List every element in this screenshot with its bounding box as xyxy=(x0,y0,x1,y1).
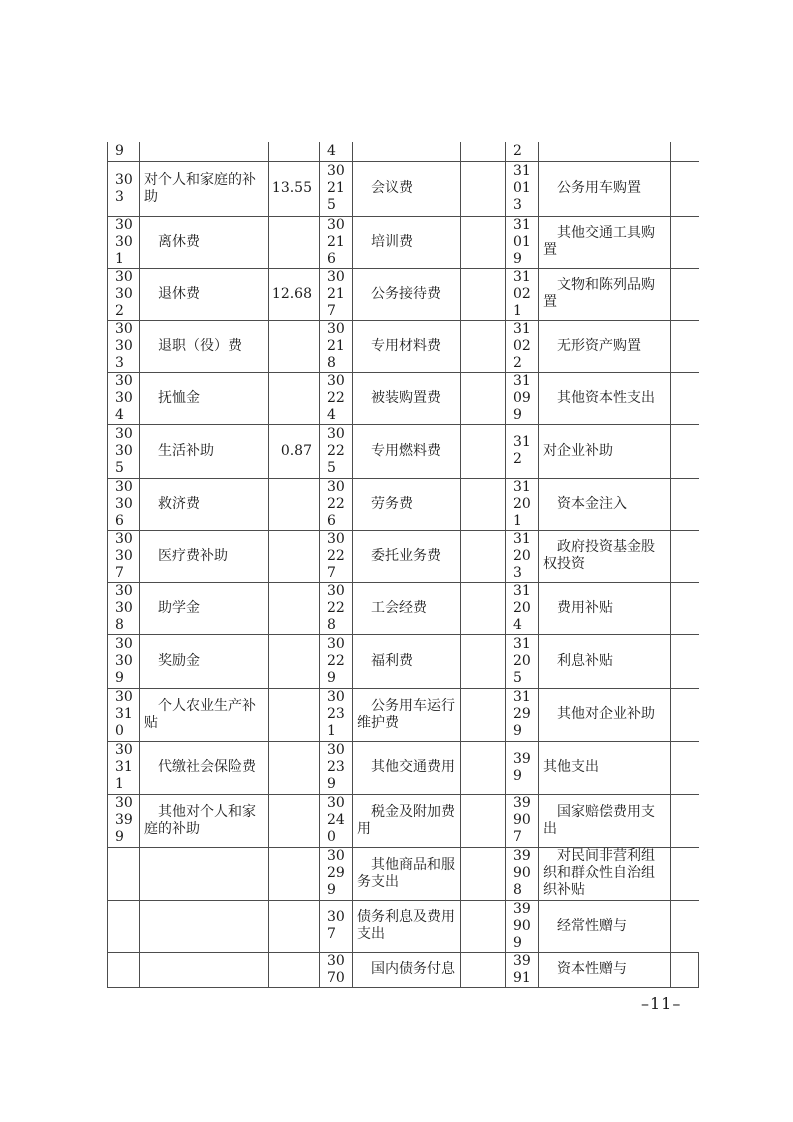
amount-cell xyxy=(461,634,506,688)
amount-cell xyxy=(269,741,320,794)
item-name-cell: 税金及附加费用 xyxy=(353,794,461,847)
code-cell: 30302 xyxy=(108,268,140,320)
item-name-cell: 生活补助 xyxy=(140,424,269,478)
amount-cell xyxy=(671,794,699,847)
item-name-cell: 培训费 xyxy=(353,216,461,268)
code-cell: 39907 xyxy=(506,794,539,847)
amount-cell xyxy=(461,900,506,952)
item-name-cell: 抚恤金 xyxy=(140,372,269,424)
amount-cell xyxy=(269,634,320,688)
amount-cell xyxy=(461,794,506,847)
amount-cell xyxy=(269,688,320,741)
amount-cell xyxy=(461,741,506,794)
amount-cell xyxy=(461,688,506,741)
item-name-cell: 对民间非营利组织和群众性自治组织补贴 xyxy=(539,847,671,900)
amount-cell xyxy=(269,478,320,530)
code-cell: 31204 xyxy=(506,582,539,634)
code-cell: 30308 xyxy=(108,582,140,634)
table-row: 307债务利息及费用支出39909经常性赠与 xyxy=(108,900,699,952)
table-row: 30301离休费30216培训费31019其他交通工具购置 xyxy=(108,216,699,268)
amount-cell xyxy=(461,478,506,530)
code-cell: 30304 xyxy=(108,372,140,424)
item-name-cell xyxy=(353,142,461,161)
amount-cell xyxy=(461,424,506,478)
amount-cell xyxy=(671,216,699,268)
table-row: 30303退职（役）费30218专用材料费31022无形资产购置 xyxy=(108,320,699,372)
code-cell xyxy=(108,847,140,900)
item-name-cell: 其他交通工具购置 xyxy=(539,216,671,268)
item-name-cell: 对个人和家庭的补助 xyxy=(140,161,269,216)
table-row: 30308助学金30228工会经费31204费用补贴 xyxy=(108,582,699,634)
table-row: 30305生活补助0.8730225专用燃料费312对企业补助 xyxy=(108,424,699,478)
item-name-cell xyxy=(140,952,269,987)
code-cell: 31022 xyxy=(506,320,539,372)
amount-cell xyxy=(269,952,320,987)
item-name-cell: 离休费 xyxy=(140,216,269,268)
item-name-cell: 退休费 xyxy=(140,268,269,320)
code-cell: 30216 xyxy=(320,216,353,268)
code-cell: 30307 xyxy=(108,530,140,582)
code-cell: 30217 xyxy=(320,268,353,320)
amount-cell xyxy=(671,952,699,987)
item-name-cell: 公务用车购置 xyxy=(539,161,671,216)
code-cell: 39909 xyxy=(506,900,539,952)
table-row: 30302退休费12.6830217公务接待费31021文物和陈列品购置 xyxy=(108,268,699,320)
code-cell xyxy=(108,952,140,987)
table-row: 3070国内债务付息3991资本性赠与 xyxy=(108,952,699,987)
amount-cell: 13.55 xyxy=(269,161,320,216)
item-name-cell: 助学金 xyxy=(140,582,269,634)
code-cell: 30311 xyxy=(108,741,140,794)
item-name-cell: 政府投资基金股权投资 xyxy=(539,530,671,582)
code-cell: 30229 xyxy=(320,634,353,688)
amount-cell xyxy=(671,268,699,320)
code-cell: 9 xyxy=(108,142,140,161)
code-cell: 30299 xyxy=(320,847,353,900)
amount-cell xyxy=(269,530,320,582)
item-name-cell: 公务用车运行维护费 xyxy=(353,688,461,741)
amount-cell xyxy=(671,900,699,952)
code-cell: 31201 xyxy=(506,478,539,530)
page-number: –11– xyxy=(641,994,681,1013)
table-row: 303对个人和家庭的补助13.5530215会议费31013公务用车购置 xyxy=(108,161,699,216)
code-cell: 31013 xyxy=(506,161,539,216)
code-cell: 31203 xyxy=(506,530,539,582)
amount-cell xyxy=(461,530,506,582)
item-name-cell: 会议费 xyxy=(353,161,461,216)
amount-cell xyxy=(269,216,320,268)
amount-cell xyxy=(671,161,699,216)
item-name-cell: 利息补贴 xyxy=(539,634,671,688)
code-cell: 31021 xyxy=(506,268,539,320)
item-name-cell: 资本金注入 xyxy=(539,478,671,530)
code-cell: 30310 xyxy=(108,688,140,741)
amount-cell xyxy=(671,741,699,794)
amount-cell xyxy=(269,320,320,372)
table-row: 942 xyxy=(108,142,699,161)
code-cell: 31019 xyxy=(506,216,539,268)
amount-cell xyxy=(269,582,320,634)
table-row: 30307医疗费补助30227委托业务费31203政府投资基金股权投资 xyxy=(108,530,699,582)
item-name-cell: 资本性赠与 xyxy=(539,952,671,987)
code-cell: 30309 xyxy=(108,634,140,688)
table-row: 30304抚恤金30224被装购置费31099其他资本性支出 xyxy=(108,372,699,424)
item-name-cell: 劳务费 xyxy=(353,478,461,530)
amount-cell xyxy=(269,142,320,161)
amount-cell xyxy=(461,268,506,320)
item-name-cell: 公务接待费 xyxy=(353,268,461,320)
amount-cell xyxy=(269,794,320,847)
item-name-cell: 工会经费 xyxy=(353,582,461,634)
item-name-cell: 专用燃料费 xyxy=(353,424,461,478)
code-cell: 303 xyxy=(108,161,140,216)
amount-cell xyxy=(671,634,699,688)
amount-cell xyxy=(671,582,699,634)
budget-table: 942303对个人和家庭的补助13.5530215会议费31013公务用车购置3… xyxy=(107,142,699,988)
amount-cell xyxy=(671,847,699,900)
code-cell: 3991 xyxy=(506,952,539,987)
item-name-cell xyxy=(140,847,269,900)
code-cell: 4 xyxy=(320,142,353,161)
item-name-cell xyxy=(140,142,269,161)
item-name-cell: 其他对企业补助 xyxy=(539,688,671,741)
code-cell: 30225 xyxy=(320,424,353,478)
table-row: 30311代缴社会保险费30239其他交通费用399其他支出 xyxy=(108,741,699,794)
item-name-cell: 奖励金 xyxy=(140,634,269,688)
item-name-cell: 国内债务付息 xyxy=(353,952,461,987)
code-cell: 30239 xyxy=(320,741,353,794)
table-row: 30306救济费30226劳务费31201资本金注入 xyxy=(108,478,699,530)
code-cell: 31299 xyxy=(506,688,539,741)
item-name-cell: 债务利息及费用支出 xyxy=(353,900,461,952)
item-name-cell: 其他支出 xyxy=(539,741,671,794)
amount-cell xyxy=(461,952,506,987)
code-cell: 312 xyxy=(506,424,539,478)
item-name-cell: 其他商品和服务支出 xyxy=(353,847,461,900)
item-name-cell xyxy=(539,142,671,161)
item-name-cell xyxy=(140,900,269,952)
item-name-cell: 福利费 xyxy=(353,634,461,688)
code-cell: 31205 xyxy=(506,634,539,688)
item-name-cell: 无形资产购置 xyxy=(539,320,671,372)
item-name-cell: 其他对个人和家庭的补助 xyxy=(140,794,269,847)
amount-cell xyxy=(461,142,506,161)
item-name-cell: 个人农业生产补贴 xyxy=(140,688,269,741)
code-cell: 30227 xyxy=(320,530,353,582)
code-cell: 2 xyxy=(506,142,539,161)
amount-cell xyxy=(671,688,699,741)
document-page: 942303对个人和家庭的补助13.5530215会议费31013公务用车购置3… xyxy=(0,0,793,1122)
code-cell: 31099 xyxy=(506,372,539,424)
code-cell: 307 xyxy=(320,900,353,952)
code-cell: 399 xyxy=(506,741,539,794)
item-name-cell: 专用材料费 xyxy=(353,320,461,372)
code-cell: 30305 xyxy=(108,424,140,478)
code-cell xyxy=(108,900,140,952)
item-name-cell: 文物和陈列品购置 xyxy=(539,268,671,320)
item-name-cell: 救济费 xyxy=(140,478,269,530)
amount-cell xyxy=(269,900,320,952)
amount-cell xyxy=(461,216,506,268)
item-name-cell: 费用补贴 xyxy=(539,582,671,634)
amount-cell xyxy=(269,372,320,424)
table-row: 30299其他商品和服务支出39908对民间非营利组织和群众性自治组织补贴 xyxy=(108,847,699,900)
code-cell: 30303 xyxy=(108,320,140,372)
amount-cell xyxy=(269,847,320,900)
code-cell: 30224 xyxy=(320,372,353,424)
item-name-cell: 代缴社会保险费 xyxy=(140,741,269,794)
code-cell: 30215 xyxy=(320,161,353,216)
amount-cell xyxy=(461,320,506,372)
item-name-cell: 国家赔偿费用支出 xyxy=(539,794,671,847)
code-cell: 30231 xyxy=(320,688,353,741)
amount-cell xyxy=(461,161,506,216)
item-name-cell: 被装购置费 xyxy=(353,372,461,424)
amount-cell xyxy=(671,478,699,530)
amount-cell xyxy=(461,372,506,424)
table-row: 30309奖励金30229福利费31205利息补贴 xyxy=(108,634,699,688)
item-name-cell: 委托业务费 xyxy=(353,530,461,582)
amount-cell: 12.68 xyxy=(269,268,320,320)
amount-cell xyxy=(671,424,699,478)
amount-cell xyxy=(671,320,699,372)
amount-cell xyxy=(461,582,506,634)
amount-cell xyxy=(461,847,506,900)
code-cell: 30301 xyxy=(108,216,140,268)
item-name-cell: 其他交通费用 xyxy=(353,741,461,794)
table-row: 30310个人农业生产补贴30231公务用车运行维护费31299其他对企业补助 xyxy=(108,688,699,741)
code-cell: 30240 xyxy=(320,794,353,847)
amount-cell xyxy=(671,372,699,424)
code-cell: 30306 xyxy=(108,478,140,530)
item-name-cell: 其他资本性支出 xyxy=(539,372,671,424)
code-cell: 30226 xyxy=(320,478,353,530)
table-row: 30399其他对个人和家庭的补助30240税金及附加费用39907国家赔偿费用支… xyxy=(108,794,699,847)
item-name-cell: 医疗费补助 xyxy=(140,530,269,582)
code-cell: 30399 xyxy=(108,794,140,847)
amount-cell: 0.87 xyxy=(269,424,320,478)
code-cell: 30218 xyxy=(320,320,353,372)
item-name-cell: 对企业补助 xyxy=(539,424,671,478)
code-cell: 3070 xyxy=(320,952,353,987)
item-name-cell: 退职（役）费 xyxy=(140,320,269,372)
code-cell: 30228 xyxy=(320,582,353,634)
code-cell: 39908 xyxy=(506,847,539,900)
amount-cell xyxy=(671,142,699,161)
item-name-cell: 经常性赠与 xyxy=(539,900,671,952)
amount-cell xyxy=(671,530,699,582)
